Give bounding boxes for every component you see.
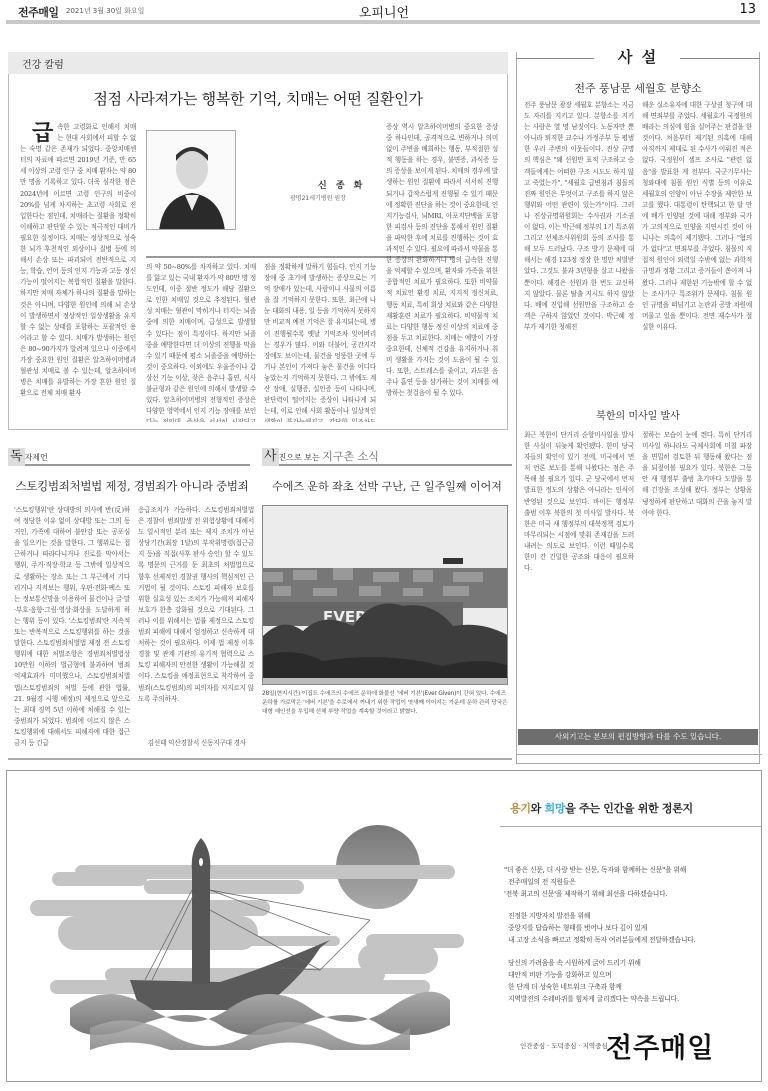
health-column-col3: 점을 정확하게 말하기 힘들다. 인지 기능 장애 중 초기에 발생하는 증상으…: [264, 262, 376, 422]
photo-news-title: 수에즈 운하 좌초 선박 구난, 근 일주일째 이어져: [262, 478, 512, 494]
container-ship-photo: EVERGREEN: [263, 506, 508, 685]
photo-news-section-head: 사진으로 보는 지구촌 소식: [262, 448, 512, 466]
header-divider: [6, 20, 760, 24]
page-number: 13: [739, 2, 756, 17]
reader-column-title: 스토킹범죄처벌법 제정, 경범죄가 아니라 중범죄: [8, 478, 256, 494]
author-title: 광명21세기병원 원장: [290, 193, 346, 202]
author-photo: [146, 130, 236, 230]
reader-column-col1: '스토킹행위'란 상대방의 의사에 반(反)하여 정당한 이유 없이 상대방 또…: [14, 505, 130, 749]
editorial-2-col2: 절하는 모습이 눈에 띈다. 특히 단거리 미사일 하나라도 국제사회에 미칠 …: [642, 430, 752, 720]
news-bottom-rule: [8, 758, 512, 760]
health-column-col4: 증상 역시 알츠하이머병의 중요한 증상 중 하나인데, 공격적으로 변하거나 …: [386, 122, 498, 422]
editorial-title-2: 북한의 미사일 발사: [516, 407, 760, 422]
health-column-col2: 의 약 50~80%를 차지하고 있다. 치매를 앓고 있는 국내 환자가 약 …: [146, 262, 256, 422]
ad-paragraph-3: 당신의 가려움을 속 시원하게 긁어 드리기 위해 대안적 비판 기능을 강화하…: [508, 957, 679, 1005]
portrait-icon: [147, 131, 236, 230]
news-photo: EVERGREEN: [262, 505, 508, 685]
dropcap: 급: [32, 122, 53, 144]
ad-tagline: 인간중심 · 도덕중심 · 지역중심: [520, 1041, 608, 1050]
author-name: 신 종 화: [318, 178, 365, 191]
ad-paragraph-1: "더 좋은 신문, 더 사랑 받는 신문, 독자와 함께하는 신문"을 위해 전…: [504, 864, 686, 900]
column-tag: 건강 칼럼: [8, 52, 508, 74]
editorial-2-col1: 최근 북한이 단거리 순항미사일을 발사한 사실이 뒤늦게 확인됐다. 한미 당…: [524, 430, 634, 720]
photo-caption: 28일(현지시간) 이집트 수에즈의 수에즈 운하에 화물선 '에버 기븐'(E…: [262, 690, 508, 717]
editorial-title-1: 전주 풍남문 세월호 분향소: [516, 80, 760, 96]
editorial-heading: 사 설: [516, 46, 760, 67]
section-title: 오피니언: [0, 2, 768, 21]
health-column-col1: 급속한 고령화로 인해서 치매는 현대 사회에서 피할 수 없는 숙명 같은 존…: [20, 122, 136, 422]
slogan-divider: [500, 826, 762, 827]
ad-logo: 전주매일: [606, 1026, 714, 1065]
disclaimer-notice: 사외기고는 본보의 편집방향과 다를 수도 있습니다.: [518, 729, 758, 745]
editorial-1-col1: 전주 풍남문 광장 세월호 분향소는 지금도 자리를 지키고 있다. 분향소를 …: [524, 100, 634, 396]
health-column-title: 점점 사라져가는 행복한 기억, 치매는 어떤 질환인가: [8, 88, 508, 109]
reader-section-head: 독자제언: [8, 448, 250, 466]
ad-slogan: 용기와 희망을 주는 인간을 위한 정론지: [510, 800, 693, 816]
reader-column-col2: 응급조치가 가능하다. 스토킹범죄처벌법은 경찰이 범죄발생 전 위험상황에 대…: [138, 505, 254, 729]
editorial-bottom-rule: [516, 754, 762, 755]
ship-illustration-icon: [20, 810, 470, 1050]
reader-byline: 김선태 익산경찰서 신동지구대 경사: [138, 738, 254, 750]
editorial-1-col2: 해운 실소유자에 대한 구상권 청구에 대해 면죄부를 주었다. 세월호가 국정…: [642, 100, 752, 396]
ad-paragraph-2: 진정한 지방자치 발전을 위해 중앙지를 답습하는 형태를 벗어나 보다 깊이 …: [508, 910, 696, 946]
